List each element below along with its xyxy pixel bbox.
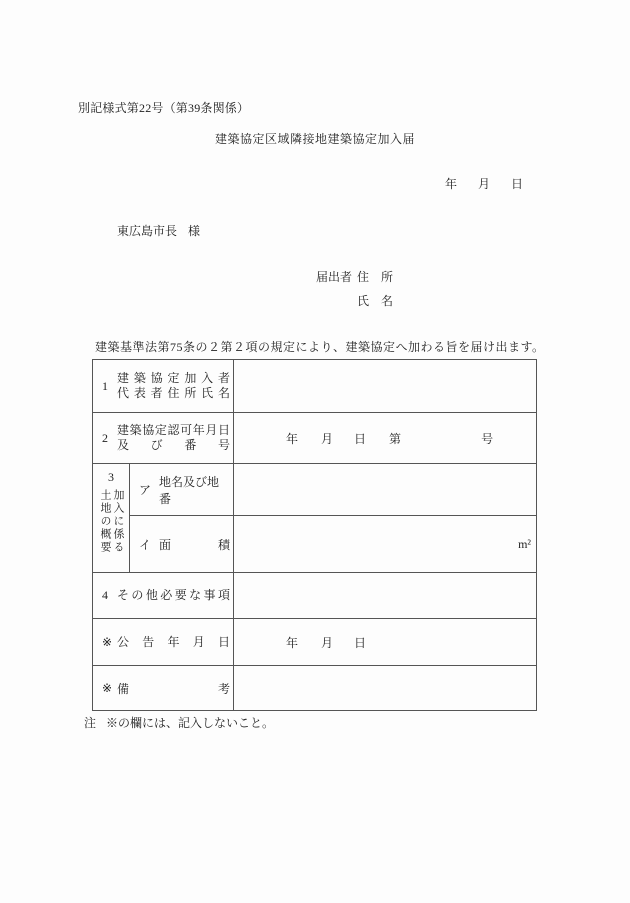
footnote-text: ※の欄には、記入しないこと。 [106, 716, 274, 730]
row4-label-cell: 4 その他必要な事項 [93, 573, 234, 618]
row3-number: 3 [108, 470, 114, 485]
row3b-label: 面 積 [159, 536, 230, 553]
row6-value-cell [234, 666, 536, 710]
row1-label: 建築協定加入者 代表者住所氏名 [117, 371, 230, 401]
intro-sentence: 建築基準法第75条の２第２項の規定により、建築協定へ加わる旨を届け出ます。 [95, 340, 545, 354]
row4-number: 4 [102, 588, 117, 603]
row3b-value-cell: m² [234, 516, 536, 572]
declarant-name-label: 氏 名 [357, 294, 393, 308]
area-unit-label: m² [518, 537, 531, 552]
table-row-6: ※ 備 考 [93, 666, 536, 710]
table-row-5: ※ 公告年月日 年 月 日 [93, 619, 536, 666]
row3-category-cell: 3 加入に係る 土地の概要 [93, 464, 130, 572]
row3-subrows: ア 地名及び地番 イ 面 積 m² [130, 464, 536, 572]
footnote: 注 ※の欄には、記入しないこと。 [84, 716, 274, 730]
row5-value-cell: 年 月 日 [234, 619, 536, 665]
footnote-prefix: 注 [84, 716, 96, 730]
date-month-label: 月 [478, 177, 490, 191]
declarant-address-line: 届出者住 所 [316, 270, 393, 284]
date-year-label: 年 [445, 177, 457, 191]
row6-marker: ※ [102, 681, 117, 696]
addressee-line: 東広島市長様 [117, 224, 200, 238]
row3a-label-cell: ア 地名及び地番 [130, 464, 234, 515]
row3-subrow-a: ア 地名及び地番 [130, 464, 536, 516]
row3b-prefix: イ [139, 536, 151, 553]
row1-number: 1 [102, 379, 117, 394]
row5-day-label: 日 [354, 634, 366, 651]
row2-value-cell: 年 月 日 第 号 [234, 413, 536, 463]
row1-label-cell: 1 建築協定加入者 代表者住所氏名 [93, 360, 234, 412]
row3a-label: 地名及び地番 [159, 473, 230, 507]
row3b-label-cell: イ 面 積 [130, 516, 234, 572]
row2-month-label: 月 [321, 430, 333, 447]
row2-label: 建築協定認可年月日 及び番号 [117, 423, 230, 453]
row5-label-cell: ※ 公告年月日 [93, 619, 234, 665]
date-day-label: 日 [511, 177, 523, 191]
declarant-label: 届出者 [316, 270, 352, 284]
row3-subrow-b: イ 面 積 m² [130, 516, 536, 572]
row5-month-label: 月 [321, 634, 333, 651]
addressee-honorific: 様 [188, 224, 200, 238]
row2-number-suffix: 号 [481, 430, 493, 447]
row2-label-cell: 2 建築協定認可年月日 及び番号 [93, 413, 234, 463]
date-line: 年 月 日 [445, 177, 523, 191]
row2-number-prefix: 第 [389, 430, 401, 447]
page-title: 建築協定区域隣接地建築協定加入届 [0, 132, 630, 146]
row5-marker: ※ [102, 635, 117, 650]
row5-label: 公告年月日 [117, 635, 230, 650]
table-row-1: 1 建築協定加入者 代表者住所氏名 [93, 360, 536, 413]
row2-number: 2 [102, 431, 117, 446]
form-number: 別記様式第22号（第39条関係） [78, 101, 249, 115]
row4-label: その他必要な事項 [117, 588, 230, 603]
row4-value-cell [234, 573, 536, 618]
row5-year-label: 年 [286, 634, 298, 651]
row2-year-label: 年 [286, 430, 298, 447]
row3a-value-cell [234, 464, 536, 515]
addressee-name: 東広島市長 [117, 224, 177, 238]
table-row-4: 4 その他必要な事項 [93, 573, 536, 619]
row2-day-label: 日 [354, 430, 366, 447]
table-row-3: 3 加入に係る 土地の概要 ア 地名及び地番 イ [93, 464, 536, 573]
scanned-form-page: 別記様式第22号（第39条関係） 建築協定区域隣接地建築協定加入届 年 月 日 … [0, 0, 630, 903]
row6-label: 備 考 [117, 680, 230, 697]
row3a-prefix: ア [139, 481, 151, 498]
table-row-2: 2 建築協定認可年月日 及び番号 年 月 日 第 号 [93, 413, 536, 464]
declarant-block: 届出者住 所 氏 名 [316, 270, 393, 308]
row6-label-cell: ※ 備 考 [93, 666, 234, 710]
row1-value-cell [234, 360, 536, 412]
declarant-address-label: 住 所 [357, 270, 393, 284]
form-table: 1 建築協定加入者 代表者住所氏名 2 建築協定認可年月日 及び番号 年 月 日 [92, 359, 537, 711]
row3-vertical-label: 加入に係る 土地の概要 [98, 489, 124, 554]
